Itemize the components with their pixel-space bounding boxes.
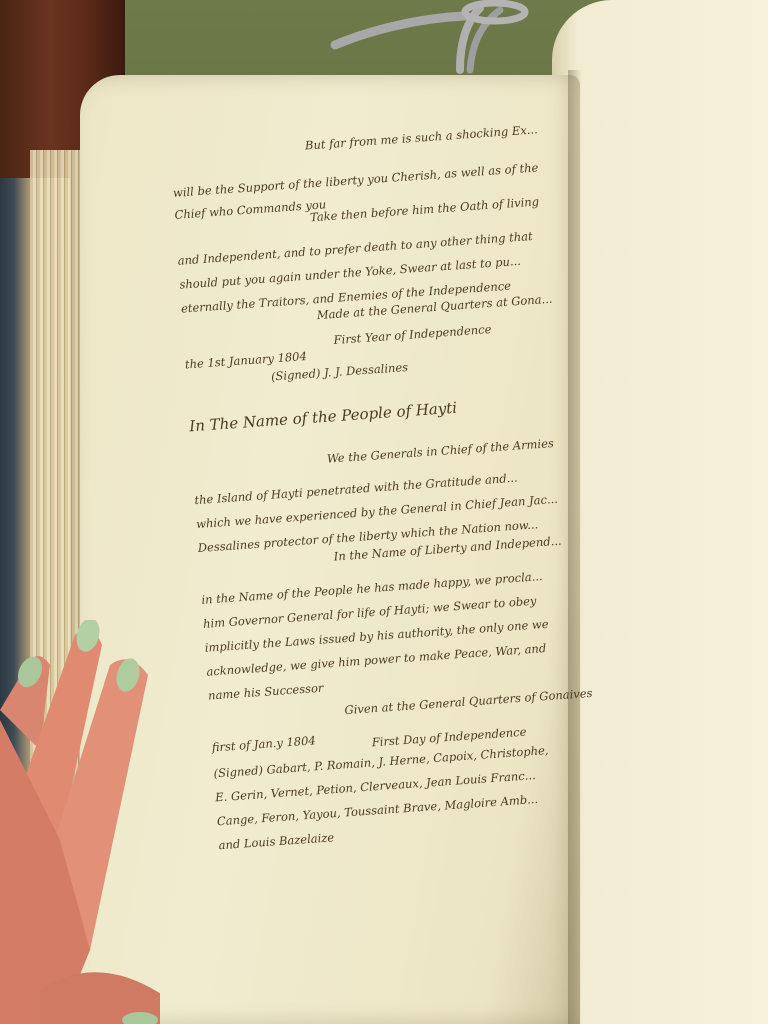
book-gutter: [568, 70, 582, 1024]
right-page: [552, 0, 768, 1024]
hand-holding-page-icon: [0, 620, 160, 1024]
bookmark-cord-icon: [330, 0, 530, 75]
photo-scene: But far from me is such a shocking Ex...…: [0, 0, 768, 1024]
